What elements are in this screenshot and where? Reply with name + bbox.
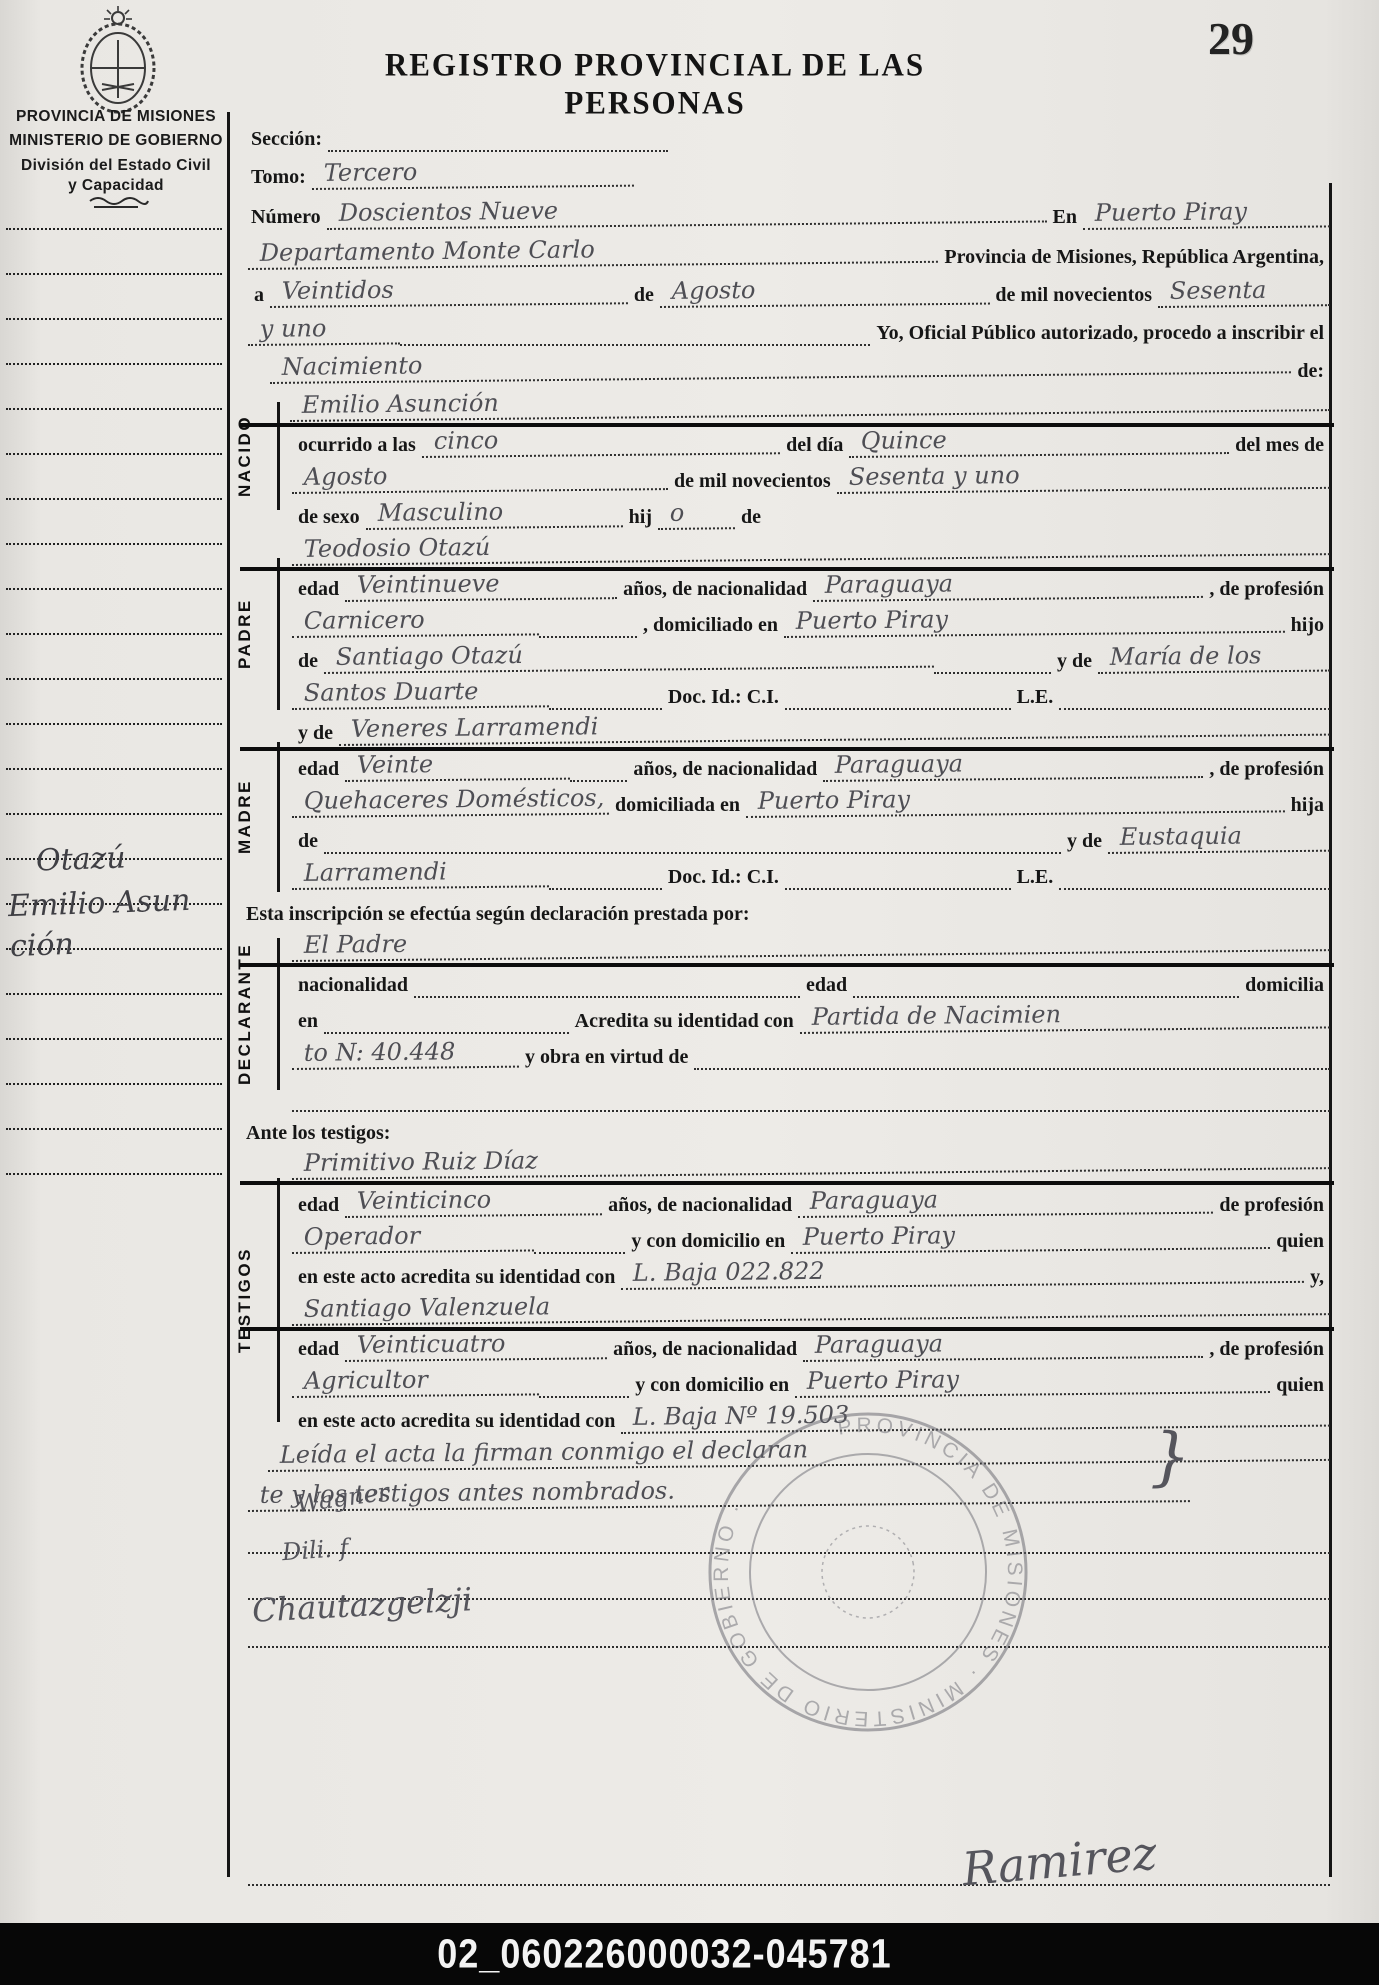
dotted-fill-line — [539, 624, 637, 638]
section-label-declarante: DECLARANTE — [231, 938, 259, 1090]
handwritten-entry: Santos Duarte — [292, 676, 549, 710]
form-line: deSantiago Otazúy deMaría de los — [292, 640, 1330, 674]
form-line: Agricultory con domicilio enPuerto Piray… — [292, 1364, 1330, 1398]
printed-label: de — [735, 506, 767, 530]
handwritten-entry: Puerto Piray — [1083, 196, 1330, 230]
form-line: ocurrido a lascincodel díaQuincedel mes … — [292, 424, 1330, 458]
handwritten-entry: Paraguaya — [798, 1183, 1214, 1218]
form-line: Carnicero, domiciliado enPuerto Pirayhij… — [292, 604, 1330, 638]
handwritten-entry: cinco — [421, 423, 780, 458]
printed-label: de sexo — [292, 506, 366, 530]
form-line: El Padre — [292, 928, 1330, 962]
printed-label: y con domicilio en — [625, 1230, 791, 1254]
printed-label: L.E. — [1011, 866, 1060, 890]
dotted-fill-line — [292, 1098, 1330, 1112]
form-line: aVeintidosdeAgostode mil novecientosSese… — [248, 274, 1330, 308]
section-label-padre: PADRE — [231, 558, 259, 710]
handwritten-entry: Veinte — [345, 749, 570, 782]
dotted-fill-line — [328, 138, 668, 152]
form-line: Departamento Monte CarloProvincia de Mis… — [248, 236, 1330, 270]
printed-label: y con domicilio en — [629, 1374, 795, 1398]
form-line: Primitivo Ruiz Díaz — [292, 1146, 1330, 1180]
form-line: LarramendiDoc. Id.: C.I.L.E. — [292, 856, 1330, 890]
spacer — [1190, 1508, 1330, 1512]
printed-label: Esta inscripción se efectúa según declar… — [240, 903, 756, 927]
handwritten-entry: to N: 40.448 — [292, 1037, 519, 1070]
round-stamp: PROVINCIA DE MISIONES · MINISTERIO DE GO… — [655, 1359, 1082, 1786]
form-line: Emilio Asunción — [290, 388, 1330, 422]
printed-label: años, de nacionalidad — [617, 578, 813, 602]
margin-dotted-line — [6, 363, 222, 365]
form-line: Santos DuarteDoc. Id.: C.I.L.E. — [292, 676, 1330, 710]
printed-label: en este acto acredita su identidad con — [292, 1410, 621, 1434]
form-line: Quehaceres Domésticos,domiciliada enPuer… — [292, 784, 1330, 818]
printed-label: hija — [1285, 794, 1330, 818]
section-inner-rule — [277, 742, 280, 892]
margin-dotted-line — [6, 228, 222, 230]
form-line: dey deEustaquia — [292, 820, 1330, 854]
printed-label: En — [1047, 206, 1083, 230]
section-inner-rule — [277, 558, 280, 710]
dotted-fill-line — [324, 1020, 569, 1034]
handwritten-signature: } — [1150, 1420, 1191, 1494]
margin-dotted-line — [6, 1128, 222, 1130]
handwritten-entry: Puerto Piray — [791, 1218, 1270, 1254]
handwritten-entry: Puerto Piray — [746, 781, 1285, 818]
printed-label: hijo — [1285, 614, 1330, 638]
handwritten-entry: María de los — [1098, 641, 1330, 674]
printed-label: domiciliada en — [609, 794, 746, 818]
form-line: Teodosio Otazú — [292, 532, 1330, 566]
printed-label: años, de nacionalidad — [627, 758, 823, 782]
page-title: REGISTRO PROVINCIAL DE LAS PERSONAS — [300, 46, 1010, 122]
section-label-nacido: NACIDO — [231, 402, 259, 510]
printed-label: del día — [780, 434, 849, 458]
handwritten-entry: Emilio Asunción — [290, 380, 1330, 422]
form-line: y unoYo, Oficial Público autorizado, pro… — [248, 312, 1330, 346]
handwritten-entry: y uno — [248, 313, 400, 346]
printed-label: edad — [292, 578, 345, 602]
printed-label: , de profesión — [1203, 578, 1330, 602]
margin-dotted-line — [6, 543, 222, 545]
printed-label: , domiciliado en — [637, 614, 784, 638]
handwritten-entry: Veintidos — [270, 273, 628, 308]
margin-note: Emilio Asun — [7, 883, 191, 924]
handwritten-entry: Paraguaya — [813, 567, 1204, 602]
form-line: edadVeinticincoaños, de nacionalidadPara… — [292, 1184, 1330, 1218]
printed-label: nacionalidad — [292, 974, 414, 998]
printed-label: Doc. Id.: C.I. — [662, 866, 785, 890]
form-line: NúmeroDoscientos NueveEnPuerto Piray — [245, 196, 1330, 230]
spacer — [634, 186, 1330, 190]
form-line: edadVeinteaños, de nacionalidadParaguaya… — [292, 748, 1330, 782]
margin-dotted-line — [6, 408, 222, 410]
section-inner-rule — [277, 938, 280, 1090]
dotted-fill-line — [853, 984, 1239, 998]
form-line: edadVeinticuatroaños, de nacionalidadPar… — [292, 1328, 1330, 1362]
printed-label: Ante los testigos: — [240, 1122, 396, 1146]
handwritten-entry: Operador — [292, 1220, 534, 1254]
svg-text:PROVINCIA DE MISIONES · MINIST: PROVINCIA DE MISIONES · MINISTERIO DE GO… — [680, 1384, 1055, 1759]
printed-label: , de profesión — [1203, 758, 1330, 782]
printed-label: edad — [292, 758, 345, 782]
margin-dotted-line — [6, 1173, 222, 1175]
form-line: nacionalidadedaddomicilia — [292, 964, 1330, 998]
handwritten-entry: Paraguaya — [823, 747, 1203, 782]
printed-label: en — [292, 1010, 324, 1034]
dotted-fill-line — [934, 660, 1051, 674]
form-line: edadVeintinueveaños, de nacionalidadPara… — [292, 568, 1330, 602]
dotted-fill-line — [539, 1384, 629, 1398]
handwritten-entry: Quince — [849, 423, 1229, 458]
form-line — [248, 1852, 1330, 1886]
form-line: to N: 40.448y obra en virtud de — [292, 1036, 1330, 1070]
handwritten-entry: Departamento Monte Carlo — [248, 232, 939, 270]
section-label-testigos: TESTIGOS — [231, 1178, 259, 1422]
sidebar-org-line: División del Estado Civil — [8, 157, 224, 175]
handwritten-entry: Sesenta — [1158, 275, 1330, 308]
dotted-fill-line — [534, 1240, 625, 1254]
margin-note: ción — [9, 927, 74, 964]
printed-label: a — [248, 284, 270, 308]
section-inner-rule — [277, 1178, 280, 1422]
sidebar-org-line: y Capacidad — [8, 177, 224, 195]
printed-label: edad — [292, 1194, 345, 1218]
handwritten-entry: Veinticuatro — [345, 1328, 607, 1362]
section-inner-rule — [277, 402, 280, 510]
dotted-fill-line — [785, 876, 1011, 890]
dotted-fill-line — [570, 768, 627, 782]
handwritten-entry: Puerto Piray — [784, 602, 1285, 638]
margin-dotted-line — [6, 678, 222, 680]
handwritten-entry: Sesenta y uno — [836, 458, 1330, 494]
handwritten-entry: o — [658, 498, 735, 530]
printed-label: Sección: — [245, 128, 328, 152]
handwritten-entry: Masculino — [365, 496, 622, 530]
printed-label: de profesión — [1213, 1194, 1330, 1218]
printed-label: y de — [1051, 650, 1098, 674]
printed-label: Acredita su identidad con — [569, 1010, 800, 1034]
printed-label: y de — [292, 722, 339, 746]
margin-dotted-line — [6, 813, 222, 815]
printed-label: en este acto acredita su identidad con — [292, 1266, 621, 1290]
printed-label: ocurrido a las — [292, 434, 422, 458]
handwritten-entry: Paraguaya — [803, 1327, 1204, 1362]
printed-label: y de — [1061, 830, 1108, 854]
handwritten-entry: Agosto — [660, 274, 990, 308]
sidebar-org-line: PROVINCIA DE MISIONES — [8, 108, 224, 126]
form-line — [292, 1078, 1330, 1112]
handwritten-entry: Veinticinco — [345, 1184, 602, 1218]
dotted-fill-line — [694, 1056, 1330, 1070]
dotted-fill-line — [1059, 876, 1330, 890]
margin-dotted-line — [6, 318, 222, 320]
form-line: Operadory con domicilio enPuerto Pirayqu… — [292, 1220, 1330, 1254]
dotted-fill-line — [414, 984, 800, 998]
dotted-fill-line — [400, 332, 870, 346]
dotted-fill-line — [549, 876, 662, 890]
margin-dotted-line — [6, 453, 222, 455]
margin-note: Otazú — [35, 840, 126, 878]
printed-label: años, de nacionalidad — [602, 1194, 798, 1218]
margin-dotted-line — [6, 1038, 222, 1040]
printed-label: Doc. Id.: C.I. — [662, 686, 785, 710]
margin-dotted-line — [6, 633, 222, 635]
printed-label: del mes de — [1229, 434, 1330, 458]
printed-label: de — [292, 830, 324, 854]
form-left-border — [227, 112, 230, 1877]
printed-label: domicilia — [1239, 974, 1330, 998]
printed-label: de — [628, 284, 660, 308]
printed-label: de — [292, 650, 324, 674]
form-line: enAcredita su identidad conPartida de Na… — [292, 1000, 1330, 1034]
spacer — [668, 148, 1330, 152]
handwritten-entry: Santiago Otazú — [324, 637, 934, 674]
page-number: 29 — [1208, 12, 1254, 65]
form-line: Tomo:Tercero — [245, 156, 1330, 190]
handwritten-entry: Santiago Valenzuela — [292, 1284, 1330, 1326]
printed-label: de mil novecientos — [668, 470, 837, 494]
coat-of-arms-icon — [58, 6, 178, 114]
printed-label: quien — [1270, 1230, 1330, 1254]
scan-code-bar: 02_060226000032-045781 — [0, 1923, 1379, 1985]
handwritten-entry: Nacimiento — [270, 342, 1292, 384]
handwritten-entry: Tercero — [312, 156, 634, 190]
dotted-fill-line — [549, 696, 662, 710]
form-line: y deVeneres Larramendi — [292, 712, 1330, 746]
printed-label: quien — [1270, 1374, 1330, 1398]
margin-dotted-line — [6, 723, 222, 725]
handwritten-entry: Veintinueve — [345, 568, 617, 602]
printed-label: de mil novecientos — [989, 284, 1158, 308]
handwritten-entry: Carnicero — [292, 604, 539, 638]
printed-label: hij — [623, 506, 658, 530]
margin-dotted-line — [6, 993, 222, 995]
printed-label: edad — [292, 1338, 345, 1362]
section-label-madre: MADRE — [231, 742, 259, 892]
handwritten-signature: Dili. f — [281, 1534, 349, 1567]
form-line: Sección: — [245, 118, 1330, 152]
form-line: Nacimientode: — [270, 350, 1330, 384]
handwritten-entry: Agricultor — [292, 1364, 539, 1398]
printed-label: Tomo: — [245, 166, 312, 190]
printed-label: Provincia de Misiones, República Argenti… — [938, 246, 1330, 270]
margin-dotted-line — [6, 588, 222, 590]
scan-code-text: 02_060226000032-045781 — [437, 1930, 891, 1977]
handwritten-entry: Teodosio Otazú — [292, 524, 1330, 566]
stamp-ring-text: PROVINCIA DE MISIONES · MINISTERIO DE GO… — [680, 1384, 1055, 1759]
printed-label: años, de nacionalidad — [607, 1338, 803, 1362]
dotted-fill-line — [324, 840, 1061, 854]
margin-dotted-line — [6, 1083, 222, 1085]
printed-label: edad — [800, 974, 853, 998]
handwritten-entry: Larramendi — [292, 856, 549, 890]
sidebar-org-line: MINISTERIO DE GOBIERNO — [8, 132, 224, 150]
handwritten-entry: Quehaceres Domésticos, — [292, 784, 609, 818]
handwritten-entry: Partida de Nacimien — [799, 997, 1330, 1034]
dotted-fill-line — [248, 1872, 1330, 1886]
printed-label: , de profesión — [1203, 1338, 1330, 1362]
signature-flourish-icon — [88, 196, 150, 210]
form-line: Santiago Valenzuela — [292, 1292, 1330, 1326]
printed-label: Número — [245, 206, 327, 230]
printed-label: y obra en virtud de — [519, 1046, 694, 1070]
scanned-birth-record-page: REGISTRO PROVINCIAL DE LAS PERSONAS 29 P… — [0, 0, 1379, 1985]
margin-dotted-line — [6, 498, 222, 500]
margin-dotted-line — [6, 273, 222, 275]
handwritten-entry: L. Baja 022.822 — [621, 1252, 1304, 1290]
handwritten-entry: Agosto — [292, 459, 668, 494]
margin-dotted-line — [6, 768, 222, 770]
handwritten-entry: Eustaquia — [1108, 821, 1330, 854]
handwritten-entry: Doscientos Nueve — [326, 191, 1046, 230]
form-line: Agostode mil novecientosSesenta y uno — [292, 460, 1330, 494]
handwritten-entry: Veneres Larramendi — [339, 705, 1330, 746]
printed-label: L.E. — [1011, 686, 1060, 710]
